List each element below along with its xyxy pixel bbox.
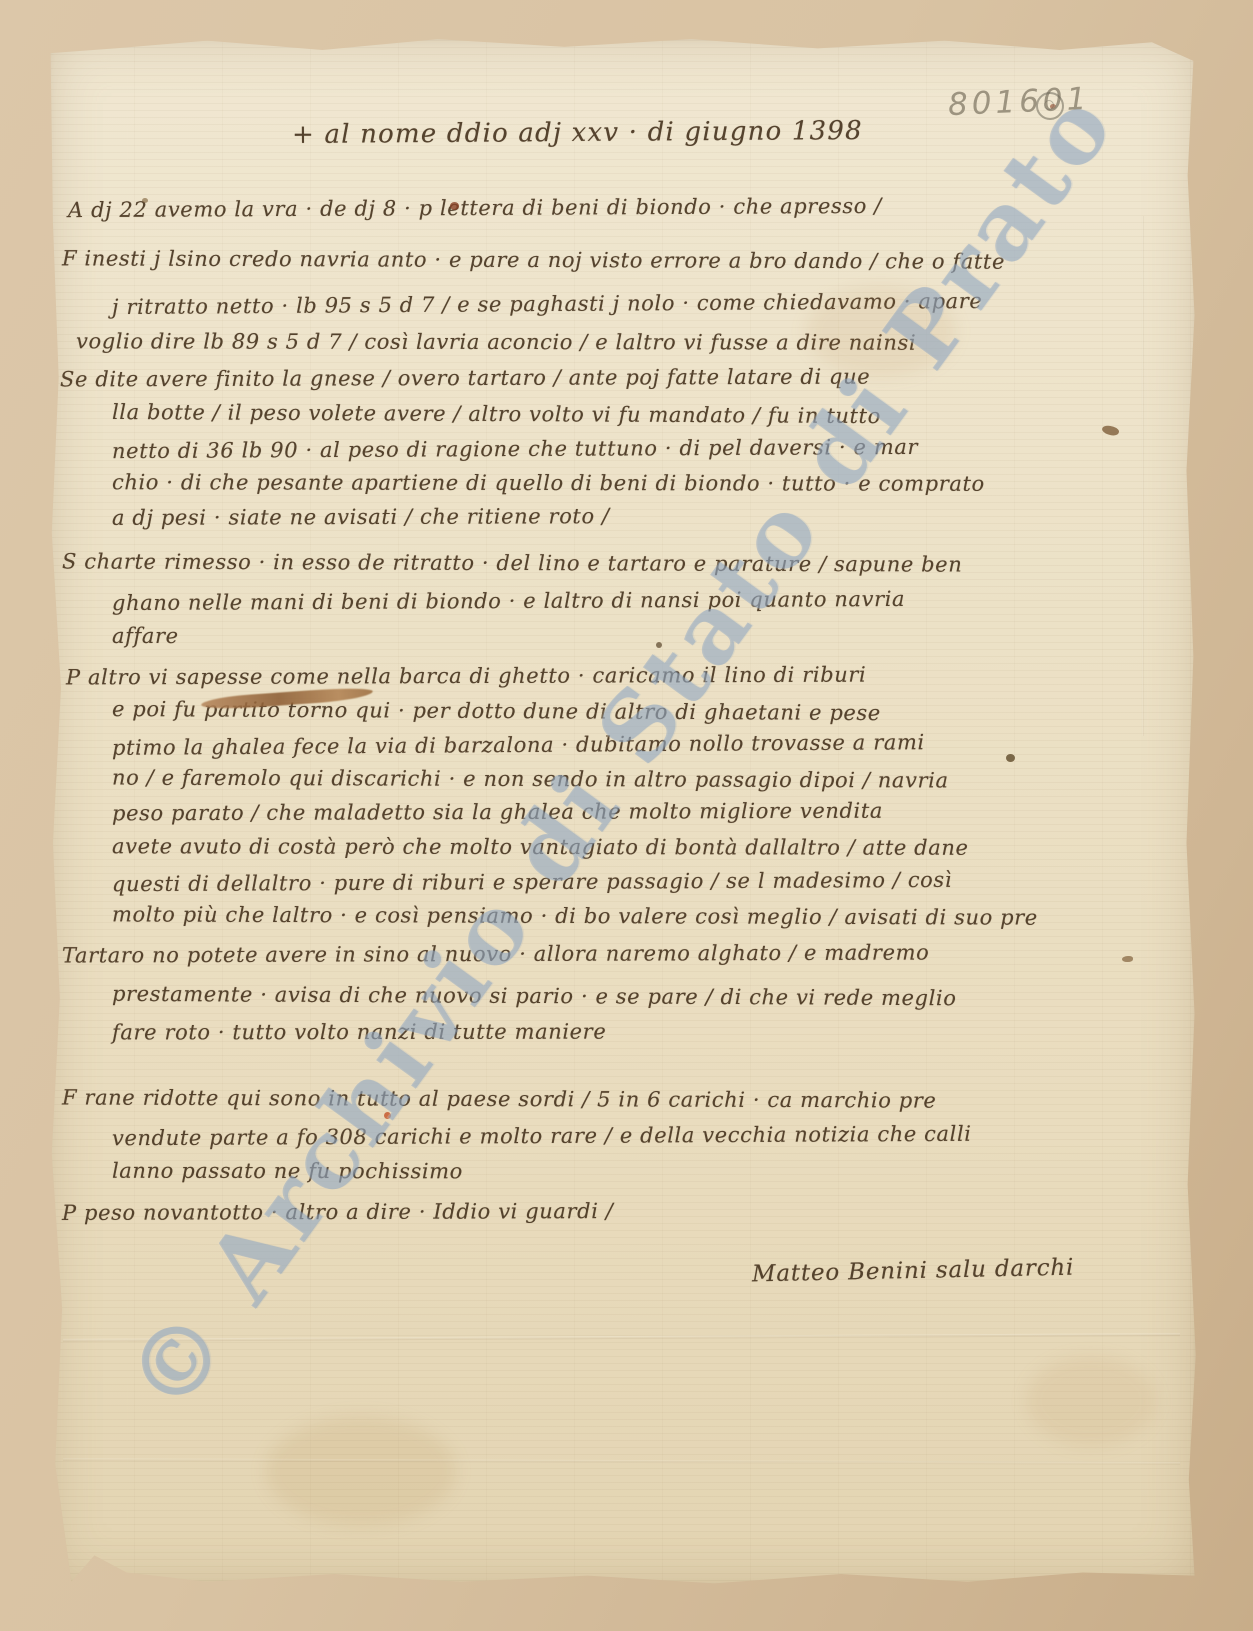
manuscript-line: a dj pesi · siate ne avisati / che ritie… [112, 504, 610, 530]
manuscript-paper: + al nome ddio adj xxv · di giugno 1398 … [46, 36, 1198, 1588]
manuscript-line: avete avuto di costà però che molto vant… [112, 834, 969, 859]
manuscript-line: P peso novantotto · altro a dire · Iddio… [62, 1199, 614, 1225]
manuscript-line: S charte rimesso · in esso de ritratto ·… [62, 549, 962, 576]
manuscript-line: voglio dire lb 89 s 5 d 7 / così lavria … [76, 329, 916, 354]
speck [656, 642, 662, 648]
speck [1122, 956, 1133, 962]
manuscript-line: Se dite avere finito la gnese / overo ta… [60, 365, 870, 392]
foxing-stain [1026, 1356, 1156, 1446]
speck [1006, 754, 1015, 762]
foxing-stain [266, 1416, 456, 1526]
manuscript-line: F inesti j lsino credo navria anto · e p… [62, 246, 1005, 273]
manuscript-line: lanno passato ne fu pochissimo [112, 1159, 463, 1184]
manuscript-line: questi di dellaltro · pure di riburi e s… [112, 868, 952, 896]
manuscript-line: molto più che laltro · e così pensiamo ·… [112, 902, 1038, 929]
photo-backdrop: + al nome ddio adj xxv · di giugno 1398 … [0, 0, 1253, 1631]
fold-crease [63, 1458, 1180, 1465]
signature: Matteo Benini salu darchi [752, 1255, 1075, 1288]
manuscript-line: ptimo la ghalea fece la via di barzalona… [112, 730, 925, 760]
manuscript-line: no / e faremolo qui discarichi · e non s… [112, 766, 949, 793]
speck [142, 198, 148, 203]
archival-number: 801601 [947, 81, 1091, 123]
manuscript-line: P altro vi sapesse come nella barca di g… [66, 663, 866, 690]
ink-blot [450, 202, 459, 210]
manuscript-line: Tartaro no potete avere in sino al nuovo… [62, 940, 929, 967]
foxing-stain [806, 286, 956, 376]
stain [1101, 424, 1120, 438]
manuscript-line: chio · di che pesante apartiene di quell… [112, 470, 985, 496]
manuscript-line: netto di 36 lb 90 · al peso di ragione c… [112, 435, 918, 463]
fold-crease [63, 1333, 1180, 1342]
manuscript-line: vendute parte a fo 308 carichi e molto r… [112, 1122, 972, 1151]
manuscript-line: peso parato / che maladetto sia la ghale… [112, 799, 883, 826]
manuscript-line: prestamente · avisa di che nuovo si pari… [112, 982, 957, 1010]
fold-crease [1142, 216, 1144, 736]
manuscript-line: A dj 22 avemo la vra · de dj 8 · p lette… [68, 194, 882, 222]
manuscript-line: ghano nelle mani di beni di biondo · e l… [112, 587, 905, 615]
manuscript-line: lla botte / il peso volete avere / altro… [112, 400, 881, 428]
red-speck [384, 1112, 391, 1119]
manuscript-line: affare [112, 624, 179, 648]
manuscript-line: fare roto · tutto volto nanzi di tutte m… [112, 1020, 606, 1045]
manuscript-line: F rane ridotte qui sono in tutto al paes… [62, 1085, 937, 1112]
header-date-line: + al nome ddio adj xxv · di giugno 1398 [292, 116, 863, 150]
